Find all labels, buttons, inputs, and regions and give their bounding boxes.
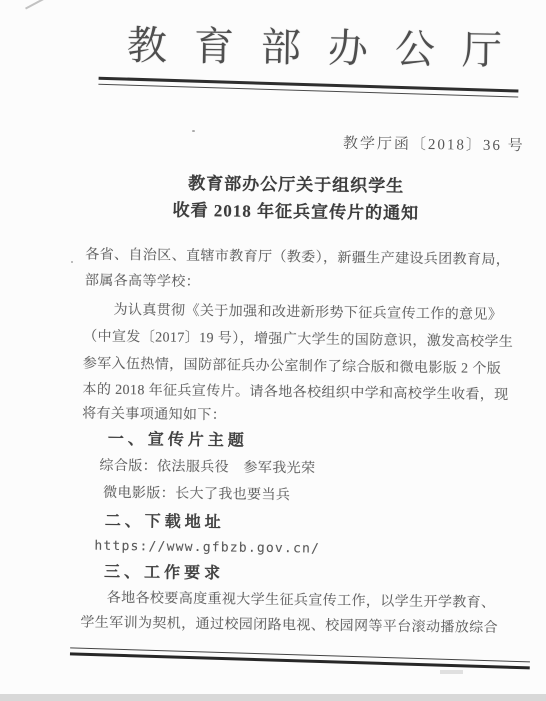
paragraph1-line4: 本的 2018 年征兵宣传片。请各地各校组织中学和高校学生收看，现: [82, 382, 508, 406]
scan-speck: [192, 130, 195, 132]
paragraph1-line1: 为认真贯彻《关于加强和改进新形势下征兵宣传工作的意见》: [113, 302, 502, 325]
letterhead-title: 教育部办公厅: [127, 24, 530, 73]
section1-line1: 综合版：依法服兵役 参军我光荣: [99, 458, 315, 479]
document-title-line1: 教育部办公厅关于组织学生: [40, 167, 546, 199]
paragraph1-line3: 参军入伍热情，国防部征兵办公室制作了综合版和微电影版 2 个版: [83, 356, 502, 380]
paragraph1-line2: （中宣发〔2017〕19 号），增强广大学生的国防意识，激发高校学生: [83, 329, 513, 353]
paragraph1-line5: 将有关事项通知如下：: [82, 406, 226, 426]
scan-speck: [71, 261, 73, 263]
section1-heading: 一、宣传片主题: [108, 430, 248, 453]
salutation-line2: 部属各高等学校：: [85, 273, 200, 293]
document-number: 教学厅函〔2018〕36 号: [343, 132, 525, 155]
salutation-line1: 各省、自治区、直辖市教育厅（教委），新疆生产建设兵团教育局，: [85, 247, 510, 271]
section3-line2: 学生军训为契机，通过校园闭路电视、校园网等平台滚动播放综合: [80, 615, 498, 639]
document-content: 教育部办公厅 教学厅函〔2018〕36 号 教育部办公厅关于组织学生 收看 20…: [0, 0, 546, 701]
document-title-line2: 收看 2018 年征兵宣传片的通知: [40, 194, 546, 226]
section1-line2: 微电影版：长大了我也要当兵: [103, 485, 290, 506]
download-url: https://www.gfbzb.gov.cn/: [94, 539, 320, 559]
section3-line1: 各地各校要高度重视大学生征兵宣传工作，以学生开学教育、: [107, 590, 496, 613]
section3-heading: 三、工作要求: [104, 563, 224, 585]
section2-heading: 二、下载地址: [105, 512, 225, 534]
footer-rule: [70, 647, 530, 669]
letterhead-rule: [98, 77, 518, 98]
scanned-document-page: 教育部办公厅 教学厅函〔2018〕36 号 教育部办公厅关于组织学生 收看 20…: [0, 0, 546, 701]
scan-edge-band: [0, 694, 546, 701]
scan-smudge: [440, 670, 463, 674]
